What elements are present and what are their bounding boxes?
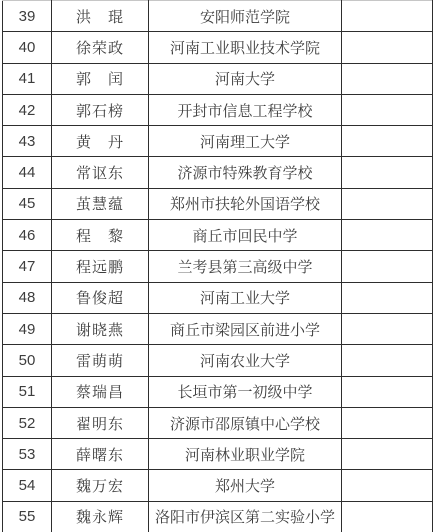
person-name-cell: 徐荣政 xyxy=(52,32,149,63)
remark-cell xyxy=(342,188,433,219)
person-name-cell: 程远鹏 xyxy=(52,251,149,282)
institution-cell: 河南林业职业学院 xyxy=(149,439,342,470)
serial-number-cell: 41 xyxy=(3,63,52,94)
remark-cell xyxy=(342,126,433,157)
institution-cell: 洛阳市伊滨区第二实验小学 xyxy=(149,501,342,532)
serial-number-cell: 46 xyxy=(3,220,52,251)
table-row: 51 蔡瑞昌 长垣市第一初级中学 xyxy=(3,376,433,407)
remark-cell xyxy=(342,407,433,438)
institution-cell: 郑州大学 xyxy=(149,470,342,501)
remark-cell xyxy=(342,501,433,532)
remark-cell xyxy=(342,470,433,501)
person-name-cell: 郭石榜 xyxy=(52,94,149,125)
serial-number-cell: 55 xyxy=(3,501,52,532)
institution-cell: 郑州市扶轮外国语学校 xyxy=(149,188,342,219)
table-row: 44 常讴东 济源市特殊教育学校 xyxy=(3,157,433,188)
serial-number-cell: 43 xyxy=(3,126,52,157)
serial-number-cell: 54 xyxy=(3,470,52,501)
table-row: 54 魏万宏 郑州大学 xyxy=(3,470,433,501)
institution-cell: 河南大学 xyxy=(149,63,342,94)
table-row: 55 魏永辉 洛阳市伊滨区第二实验小学 xyxy=(3,501,433,532)
person-name-cell: 魏永辉 xyxy=(52,501,149,532)
table-row: 48 鲁俊超 河南工业大学 xyxy=(3,282,433,313)
institution-cell: 河南工业大学 xyxy=(149,282,342,313)
table-row: 49 谢晓燕 商丘市梁园区前进小学 xyxy=(3,313,433,344)
person-name-cell: 洪 琨 xyxy=(52,1,149,32)
serial-number-cell: 50 xyxy=(3,345,52,376)
person-name-cell: 魏万宏 xyxy=(52,470,149,501)
person-name-cell: 雷萌萌 xyxy=(52,345,149,376)
person-name-cell: 鲁俊超 xyxy=(52,282,149,313)
table-row: 52 翟明东 济源市邵原镇中心学校 xyxy=(3,407,433,438)
table-row: 39 洪 琨 安阳师范学院 xyxy=(3,1,433,32)
serial-number-cell: 39 xyxy=(3,1,52,32)
serial-number-cell: 48 xyxy=(3,282,52,313)
remark-cell xyxy=(342,376,433,407)
table-row: 43 黄 丹 河南理工大学 xyxy=(3,126,433,157)
remark-cell xyxy=(342,282,433,313)
institution-cell: 兰考县第三高级中学 xyxy=(149,251,342,282)
remark-cell xyxy=(342,439,433,470)
remark-cell xyxy=(342,157,433,188)
person-name-cell: 蔡瑞昌 xyxy=(52,376,149,407)
table-row: 50 雷萌萌 河南农业大学 xyxy=(3,345,433,376)
table-row: 41 郭 闰 河南大学 xyxy=(3,63,433,94)
table-row: 53 薛曙东 河南林业职业学院 xyxy=(3,439,433,470)
serial-number-cell: 45 xyxy=(3,188,52,219)
serial-number-cell: 52 xyxy=(3,407,52,438)
institution-cell: 河南工业职业技术学院 xyxy=(149,32,342,63)
person-name-cell: 程 黎 xyxy=(52,220,149,251)
table-row: 46 程 黎 商丘市回民中学 xyxy=(3,220,433,251)
institution-cell: 安阳师范学院 xyxy=(149,1,342,32)
table-row: 45 茧慧蕴 郑州市扶轮外国语学校 xyxy=(3,188,433,219)
serial-number-cell: 49 xyxy=(3,313,52,344)
person-name-cell: 薛曙东 xyxy=(52,439,149,470)
serial-number-cell: 42 xyxy=(3,94,52,125)
serial-number-cell: 53 xyxy=(3,439,52,470)
person-name-cell: 谢晓燕 xyxy=(52,313,149,344)
remark-cell xyxy=(342,63,433,94)
person-name-cell: 郭 闰 xyxy=(52,63,149,94)
institution-cell: 商丘市回民中学 xyxy=(149,220,342,251)
remark-cell xyxy=(342,1,433,32)
institution-cell: 长垣市第一初级中学 xyxy=(149,376,342,407)
person-name-cell: 常讴东 xyxy=(52,157,149,188)
person-name-cell: 黄 丹 xyxy=(52,126,149,157)
remark-cell xyxy=(342,32,433,63)
person-name-cell: 翟明东 xyxy=(52,407,149,438)
table-row: 47 程远鹏 兰考县第三高级中学 xyxy=(3,251,433,282)
document-page: 39 洪 琨 安阳师范学院 40 徐荣政 河南工业职业技术学院 41 郭 闰 河… xyxy=(0,0,436,532)
institution-cell: 商丘市梁园区前进小学 xyxy=(149,313,342,344)
remark-cell xyxy=(342,220,433,251)
table-row: 42 郭石榜 开封市信息工程学校 xyxy=(3,94,433,125)
remark-cell xyxy=(342,251,433,282)
roster-body: 39 洪 琨 安阳师范学院 40 徐荣政 河南工业职业技术学院 41 郭 闰 河… xyxy=(3,1,433,532)
institution-cell: 济源市特殊教育学校 xyxy=(149,157,342,188)
remark-cell xyxy=(342,94,433,125)
remark-cell xyxy=(342,313,433,344)
institution-cell: 河南理工大学 xyxy=(149,126,342,157)
person-name-cell: 茧慧蕴 xyxy=(52,188,149,219)
serial-number-cell: 44 xyxy=(3,157,52,188)
serial-number-cell: 51 xyxy=(3,376,52,407)
institution-cell: 济源市邵原镇中心学校 xyxy=(149,407,342,438)
remark-cell xyxy=(342,345,433,376)
serial-number-cell: 47 xyxy=(3,251,52,282)
serial-number-cell: 40 xyxy=(3,32,52,63)
institution-cell: 河南农业大学 xyxy=(149,345,342,376)
roster-table: 39 洪 琨 安阳师范学院 40 徐荣政 河南工业职业技术学院 41 郭 闰 河… xyxy=(2,0,433,532)
institution-cell: 开封市信息工程学校 xyxy=(149,94,342,125)
table-row: 40 徐荣政 河南工业职业技术学院 xyxy=(3,32,433,63)
